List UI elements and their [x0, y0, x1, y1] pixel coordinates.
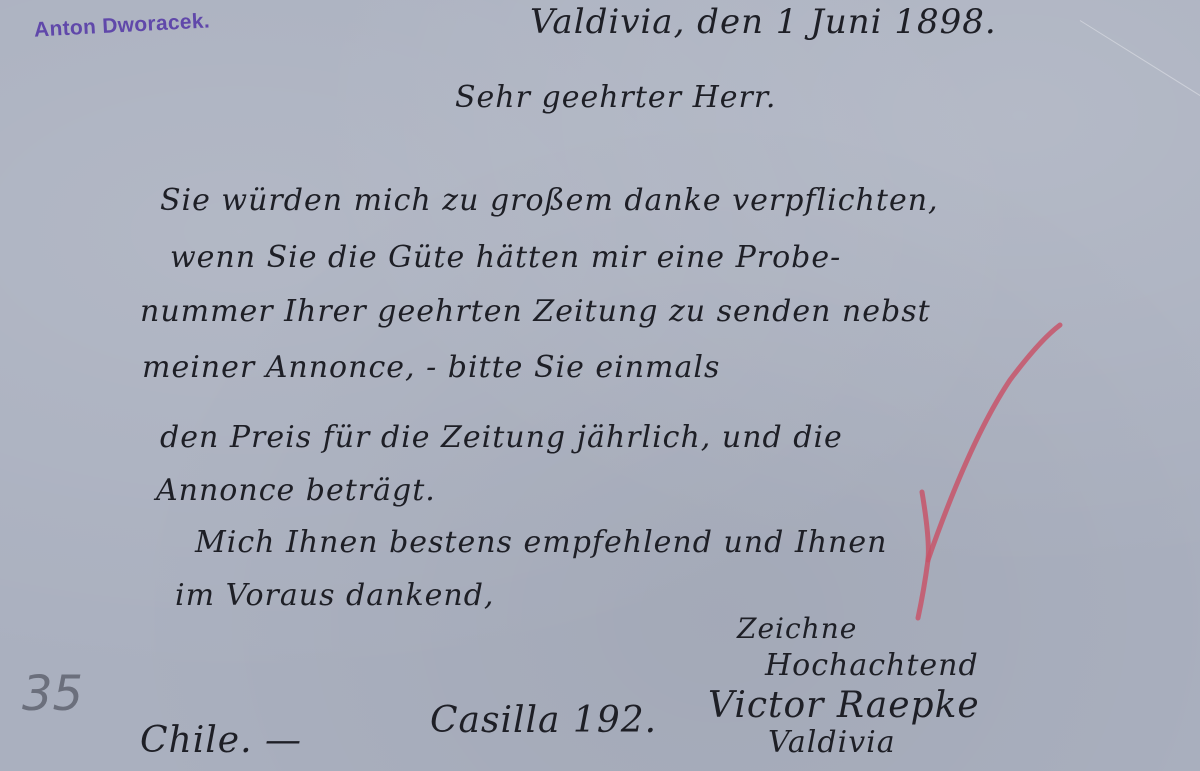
body-line: Sie würden mich zu großem danke verpflic…: [160, 183, 939, 218]
body-line: den Preis für die Zeitung jährlich, und …: [160, 420, 843, 455]
signature: Victor Raepke: [708, 685, 980, 726]
body-line: Annonce beträgt.: [156, 473, 436, 508]
pencil-number-mark: 35: [22, 666, 83, 722]
signature-city: Valdivia: [768, 725, 896, 760]
body-line: Mich Ihnen bestens empfehlend und Ihnen: [195, 525, 887, 560]
red-checkmark-icon: [0, 0, 1200, 771]
date-line: Valdivia, den 1 Juni 1898.: [530, 2, 997, 42]
body-line: nummer Ihrer geehrten Zeitung zu senden …: [140, 294, 931, 329]
body-line: wenn Sie die Güte hätten mir eine Probe-: [170, 240, 841, 275]
paper-fold-crease: [1080, 20, 1200, 159]
salutation: Sehr geehrter Herr.: [455, 80, 776, 115]
closing-line: Hochachtend: [765, 648, 979, 683]
body-line: meiner Annonce, - bitte Sie einmals: [142, 350, 720, 385]
address-country: Chile. —: [140, 720, 302, 761]
address-po-box: Casilla 192.: [430, 700, 657, 741]
closing-line: Zeichne: [737, 612, 857, 645]
postcard: Anton Dworacek. Valdivia, den 1 Juni 189…: [0, 0, 1200, 771]
body-line: im Voraus dankend,: [175, 578, 494, 613]
sender-rubber-stamp: Anton Dworacek.: [33, 9, 210, 42]
